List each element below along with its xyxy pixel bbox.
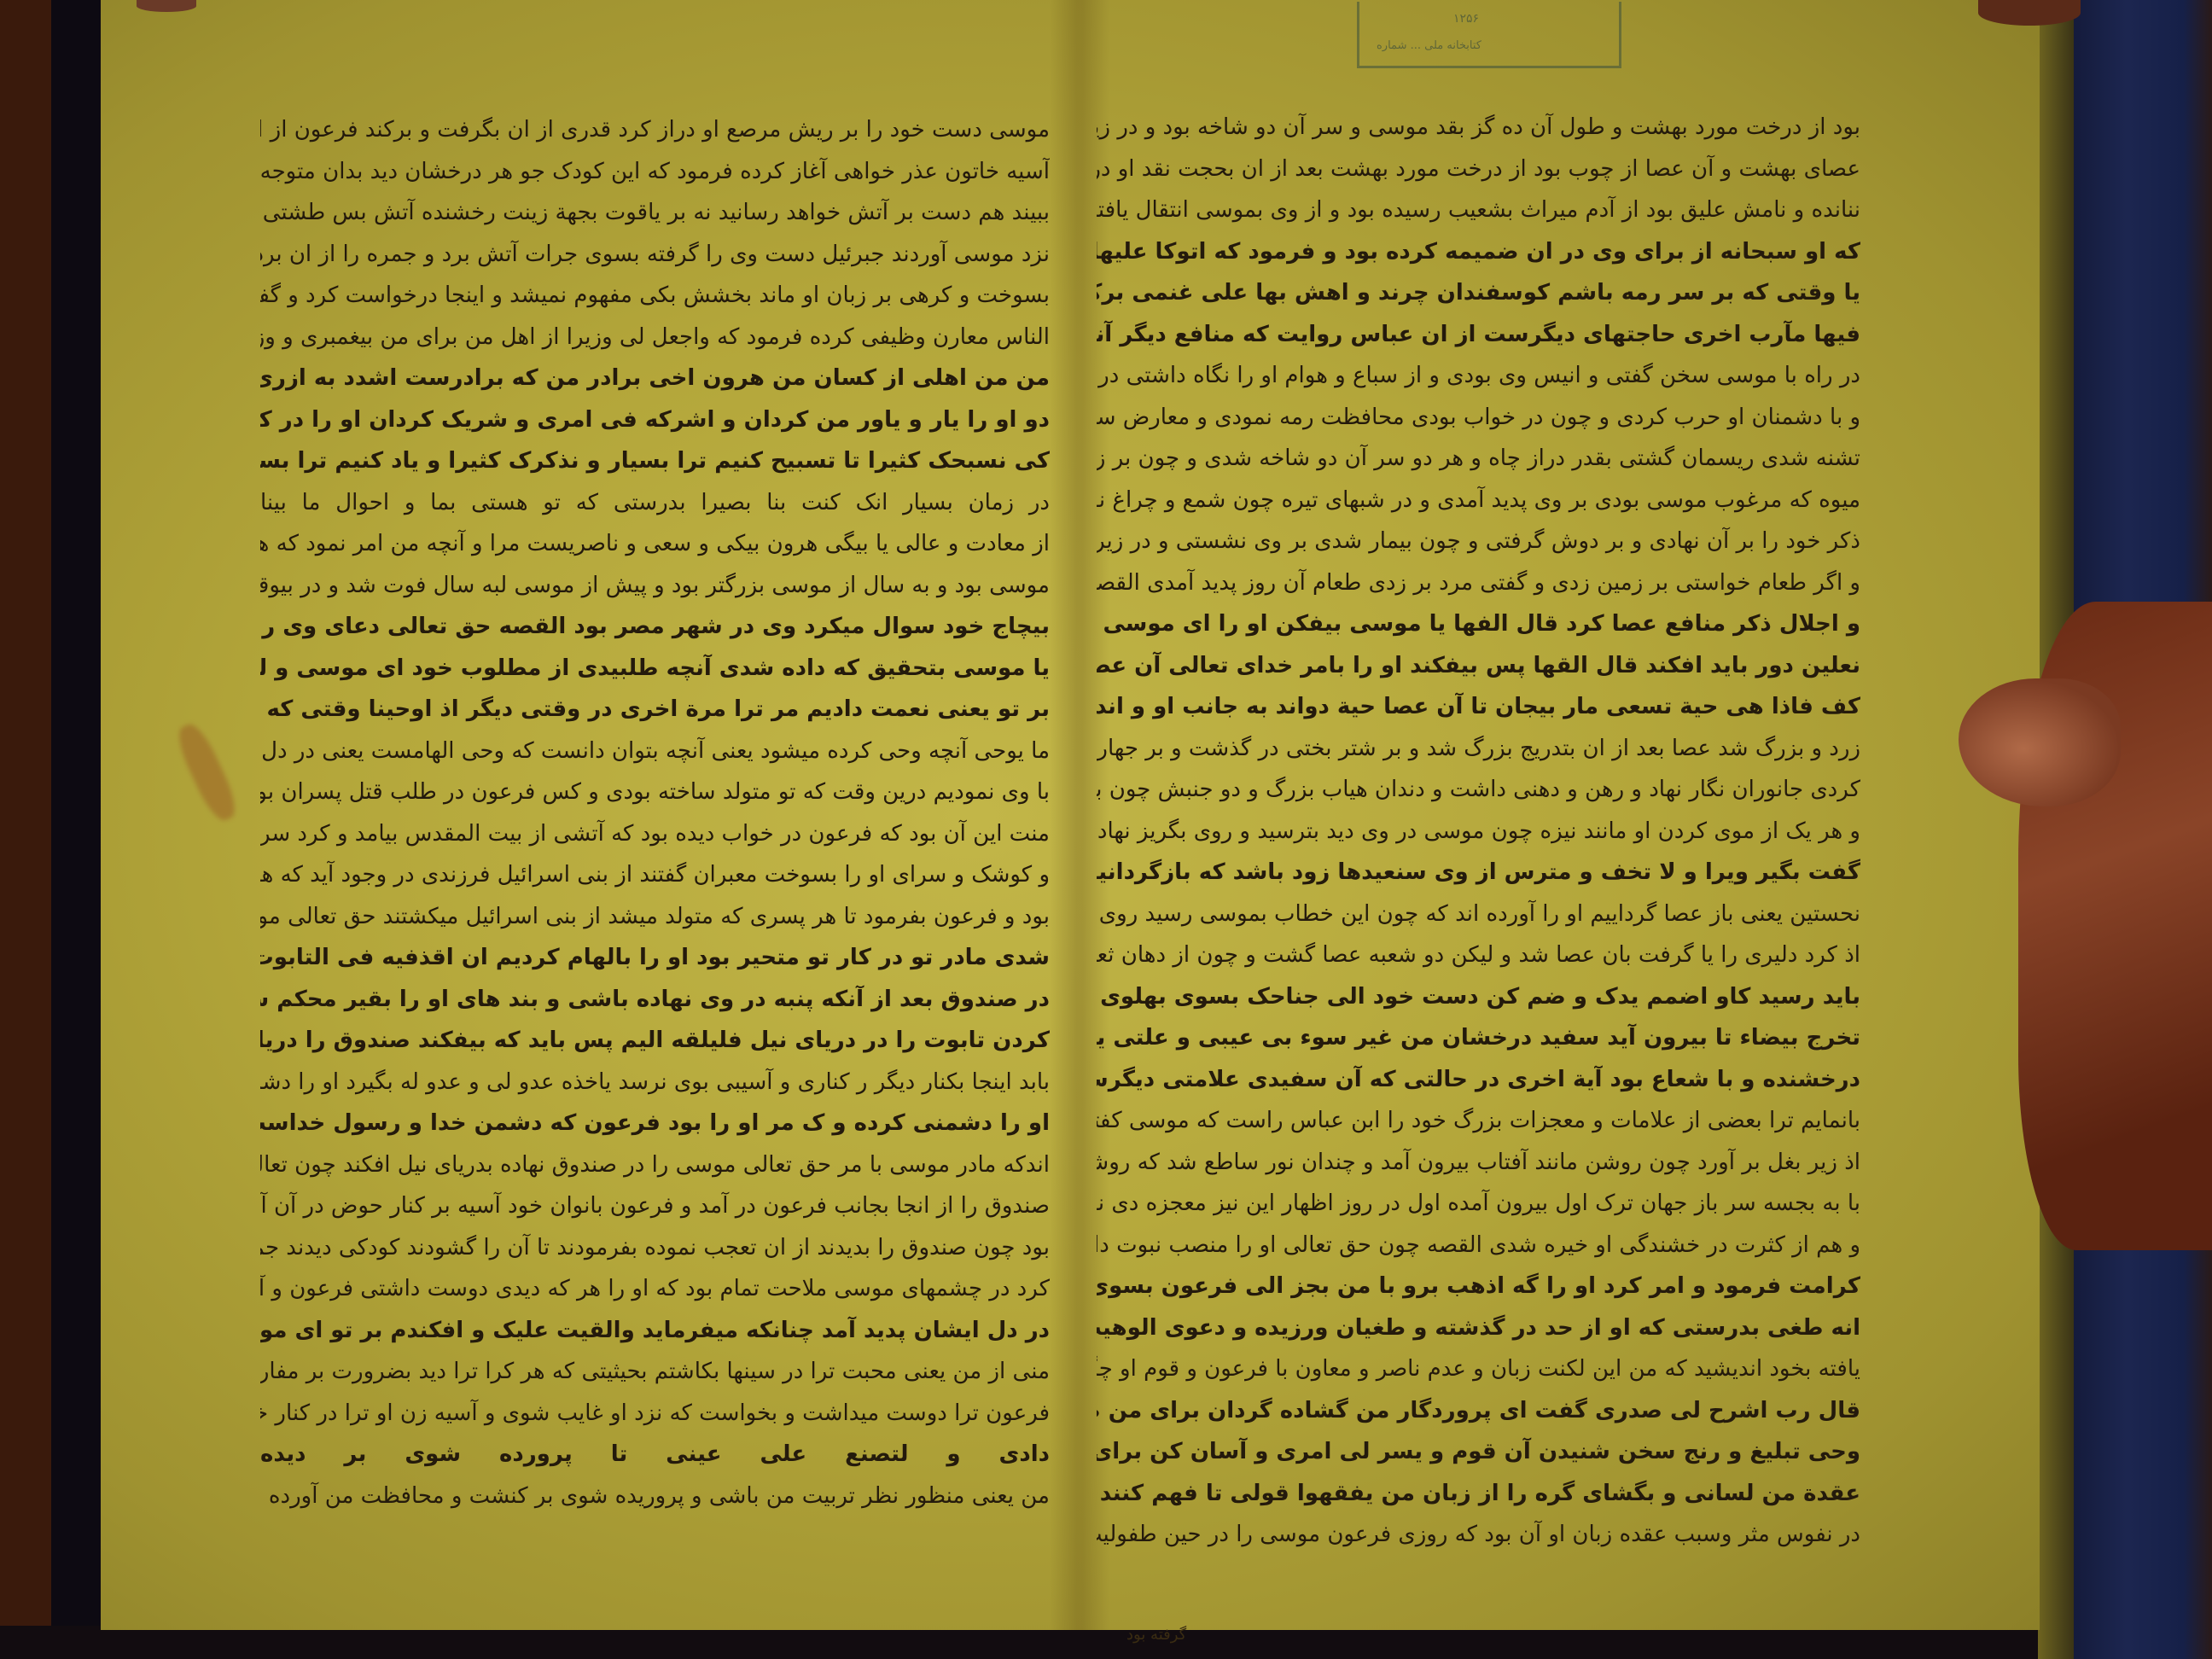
manuscript-line: ننانده و نامش علیق بود از آدم میراث بشعی… — [1097, 189, 1860, 231]
manuscript-line: وحی تبلیغ و رنج سخن شنیدن آن قوم و یسر ل… — [1097, 1431, 1860, 1473]
manuscript-line: آسیه خاتون عذر خواهی آغاز کرده فرمود که … — [260, 151, 1050, 193]
manuscript-line: در دل ایشان پدید آمد چنانکه میفرماید وال… — [260, 1310, 1050, 1352]
manuscript-line: کردی جانوران نگار نهاد و رهن و دهنی داشت… — [1097, 769, 1860, 811]
finger-top-left — [137, 0, 196, 12]
manuscript-line: موسی دست خود را بر ریش مرصع او دراز کرد … — [260, 109, 1050, 151]
manuscript-line: یافته بخود اندیشید که من این لکنت زبان و… — [1097, 1348, 1860, 1390]
manuscript-line: در صندوق بعد از آنکه پنبه در وی نهاده با… — [260, 979, 1050, 1021]
manuscript-line: کی نسبحک کثیرا تا تسبیح کنیم ترا بسیار و… — [260, 440, 1050, 482]
manuscript-line: تخرج بیضاء تا بیرون آید سفید درخشان من غ… — [1097, 1017, 1860, 1059]
manuscript-line: بر تو یعنی نعمت دادیم مر ترا مرة اخری در… — [260, 689, 1050, 731]
manuscript-line: بود چون صندوق را بدیدند از ان تعجب نموده… — [260, 1227, 1050, 1269]
manuscript-line: از معادت و عالی یا بیگی هرون بیکی و سعی … — [260, 523, 1050, 565]
manuscript-line: او را دشمنی کرده و ک مر او را بود فرعون … — [260, 1103, 1050, 1144]
manuscript-line: موسی بود و به سال از موسی بزرگتر بود و پ… — [260, 565, 1050, 607]
manuscript-line: ببیند هم دست بر آتش خواهد رسانید نه بر ی… — [260, 192, 1050, 234]
manuscript-line: منی از من یعنی محبت ترا در سینها بکاشتم … — [260, 1351, 1050, 1393]
manuscript-line: و اگر طعام خواستی بر زمین زدی و گفتی مرد… — [1097, 562, 1860, 604]
manuscript-line: ما یوحی آنچه وحی کرده میشود یعنی آنچه بت… — [260, 731, 1050, 772]
manuscript-line: کرامت فرمود و امر کرد او را گه اذهب برو … — [1097, 1266, 1860, 1307]
manuscript-line: در زمان بسیار انک کنت بنا بصیرا بدرستی ک… — [260, 482, 1050, 524]
manuscript-line: میوه که مرغوب موسی بودی بر وی پدید آمدی … — [1097, 480, 1860, 521]
right-page-text: بود از درخت مورد بهشت و طول آن ده گز بقد… — [1097, 107, 1860, 1556]
catchword: گرفته بود — [1126, 1626, 1186, 1644]
stamp-caption: کتابخانه ملی ... شماره — [1377, 39, 1481, 52]
manuscript-line: بسوخت و کرهی بر زبان او ماند بخشش بکی مف… — [260, 275, 1050, 317]
manuscript-line: فیها مآرب اخری حاجتهای دیگرست از ان عباس… — [1097, 314, 1860, 356]
manuscript-line: اذ کرد دلیری را یا گرفت بان عصا شد و لیک… — [1097, 934, 1860, 976]
manuscript-line: بابد اینجا بکنار دیگر ر کناری و آسیبی بو… — [260, 1062, 1050, 1103]
left-page-text: موسی دست خود را بر ریش مرصع او دراز کرد … — [260, 109, 1050, 1516]
manuscript-line: من من اهلی از کسان من هرون اخی برادر من … — [260, 358, 1050, 399]
finger-top-right — [1978, 0, 2081, 26]
manuscript-line: که او سبحانه از برای وی در ان ضمیمه کرده… — [1097, 231, 1860, 273]
manuscript-line: منت این آن بود که فرعون در خواب دیده بود… — [260, 813, 1050, 855]
dark-background-bottom — [0, 1626, 2212, 1659]
manuscript-line: در نفوس مثر وسبب عقده زبان او آن بود که … — [1097, 1514, 1860, 1556]
manuscript-line: یا وقتی که بر سر رمه باشم کوسفندان چرند … — [1097, 272, 1860, 314]
holding-hand — [1959, 602, 2212, 1250]
manuscript-line: و هم از کثرت در خشندگی او خیره شدی القصه… — [1097, 1225, 1860, 1266]
library-stamp: ۱۲۵۶ کتابخانه ملی ... شماره — [1357, 2, 1621, 68]
manuscript-line: بود و فرعون بفرمود تا هر پسری که متولد م… — [260, 896, 1050, 938]
manuscript-line: اذ زیر بغل بر آورد چون روشن مانند آفتاب … — [1097, 1142, 1860, 1184]
manuscript-line: عقدة من لسانی و بگشای گره را از زبان من … — [1097, 1473, 1860, 1515]
manuscript-line: قال رب اشرح لی صدری گفت ای پروردگار من گ… — [1097, 1390, 1860, 1432]
manuscript-line: گفت بگیر ویرا و لا تخف و مترس از وی سنعی… — [1097, 852, 1860, 894]
manuscript-line: کرد در چشمهای موسی ملاحت تمام بود که او … — [260, 1268, 1050, 1310]
manuscript-line: فرعون ترا دوست میداشت و بخواست که نزد او… — [260, 1393, 1050, 1435]
manuscript-line: شدی مادر تو در کار تو متحیر بود او را با… — [260, 937, 1050, 979]
manuscript-line: با به بجسه سر باز جهان ترک اول بیرون آمد… — [1097, 1183, 1860, 1225]
manuscript-line: تشنه شدی ریسمان گشتی بقدر دراز چاه و هر … — [1097, 438, 1860, 480]
manuscript-line: بیچاج خود سوال میکرد وی در شهر مصر بود ا… — [260, 606, 1050, 648]
thumb — [1959, 678, 2121, 806]
manuscript-line: دادی و لتصنع علی عینی تا پرورده شوی بر د… — [260, 1434, 1050, 1476]
manuscript-line: در راه با موسی سخن گفتی و انیس وی بودی و… — [1097, 355, 1860, 397]
manuscript-line: نعلین دور باید افکند قال القها پس بیفکند… — [1097, 645, 1860, 687]
manuscript-line: اندکه مادر موسی با مر حق تعالی موسی را د… — [260, 1144, 1050, 1186]
manuscript-line: باید رسید کاو اضمم یدک و ضم کن دست خود ا… — [1097, 976, 1860, 1018]
manuscript-line: و اجلال ذکر منافع عصا کرد قال الفها یا م… — [1097, 603, 1860, 645]
manuscript-line: نحستین یعنی باز عصا گرداییم او را آورده … — [1097, 894, 1860, 935]
stamp-number: ۱۲۵۶ — [1453, 12, 1479, 26]
manuscript-line: زرد و بزرگ شد عصا بعد از ان بتدریج بزرگ … — [1097, 728, 1860, 770]
manuscript-line: من یعنی منظور نظر تربیت من باشی و پرورید… — [260, 1476, 1050, 1517]
manuscript-line: یا موسی بتحقیق که داده شدی آنچه طلبیدی ا… — [260, 648, 1050, 690]
manuscript-line: بود از درخت مورد بهشت و طول آن ده گز بقد… — [1097, 107, 1860, 148]
manuscript-line: الناس معارن وظیفی کرده فرمود که واجعل لی… — [260, 317, 1050, 358]
manuscript-line: و هر یک از موی کردن او مانند نیزه چون مو… — [1097, 811, 1860, 853]
manuscript-line: با وی نمودیم درین وقت که تو متولد ساخته … — [260, 771, 1050, 813]
manuscript-line: کردن تابوت را در دریای نیل فلیلقه الیم پ… — [260, 1020, 1050, 1062]
manuscript-line: بانمایم ترا بعضی از علامات و معجزات بزرگ… — [1097, 1100, 1860, 1142]
manuscript-line: انه طغی بدرستی که او از حد در گذشته و طغ… — [1097, 1307, 1860, 1349]
manuscript-line: و کوشک و سرای او را بسوخت معبران گفتند ا… — [260, 854, 1050, 896]
manuscript-line: کف فاذا هی حیة تسعی مار بیجان تا آن عصا … — [1097, 686, 1860, 728]
manuscript-line: عصای بهشت و آن عصا از چوب بود از درخت مو… — [1097, 148, 1860, 190]
manuscript-line: دو او را یار و یاور من کردان و اشرکه فی … — [260, 399, 1050, 441]
manuscript-line: درخشنده و با شعاع بود آیة اخری در حالتی … — [1097, 1059, 1860, 1101]
manuscript-line: نزد موسی آوردند جبرئیل دست وی را گرفته ب… — [260, 234, 1050, 276]
manuscript-line: صندوق را از انجا بجانب فرعون در آمد و فر… — [260, 1185, 1050, 1227]
manuscript-line: و با دشمنان او حرب کردی و چون در خواب بو… — [1097, 397, 1860, 439]
manuscript-line: ذکر خود را بر آن نهادی و بر دوش گرفتی و … — [1097, 521, 1860, 562]
